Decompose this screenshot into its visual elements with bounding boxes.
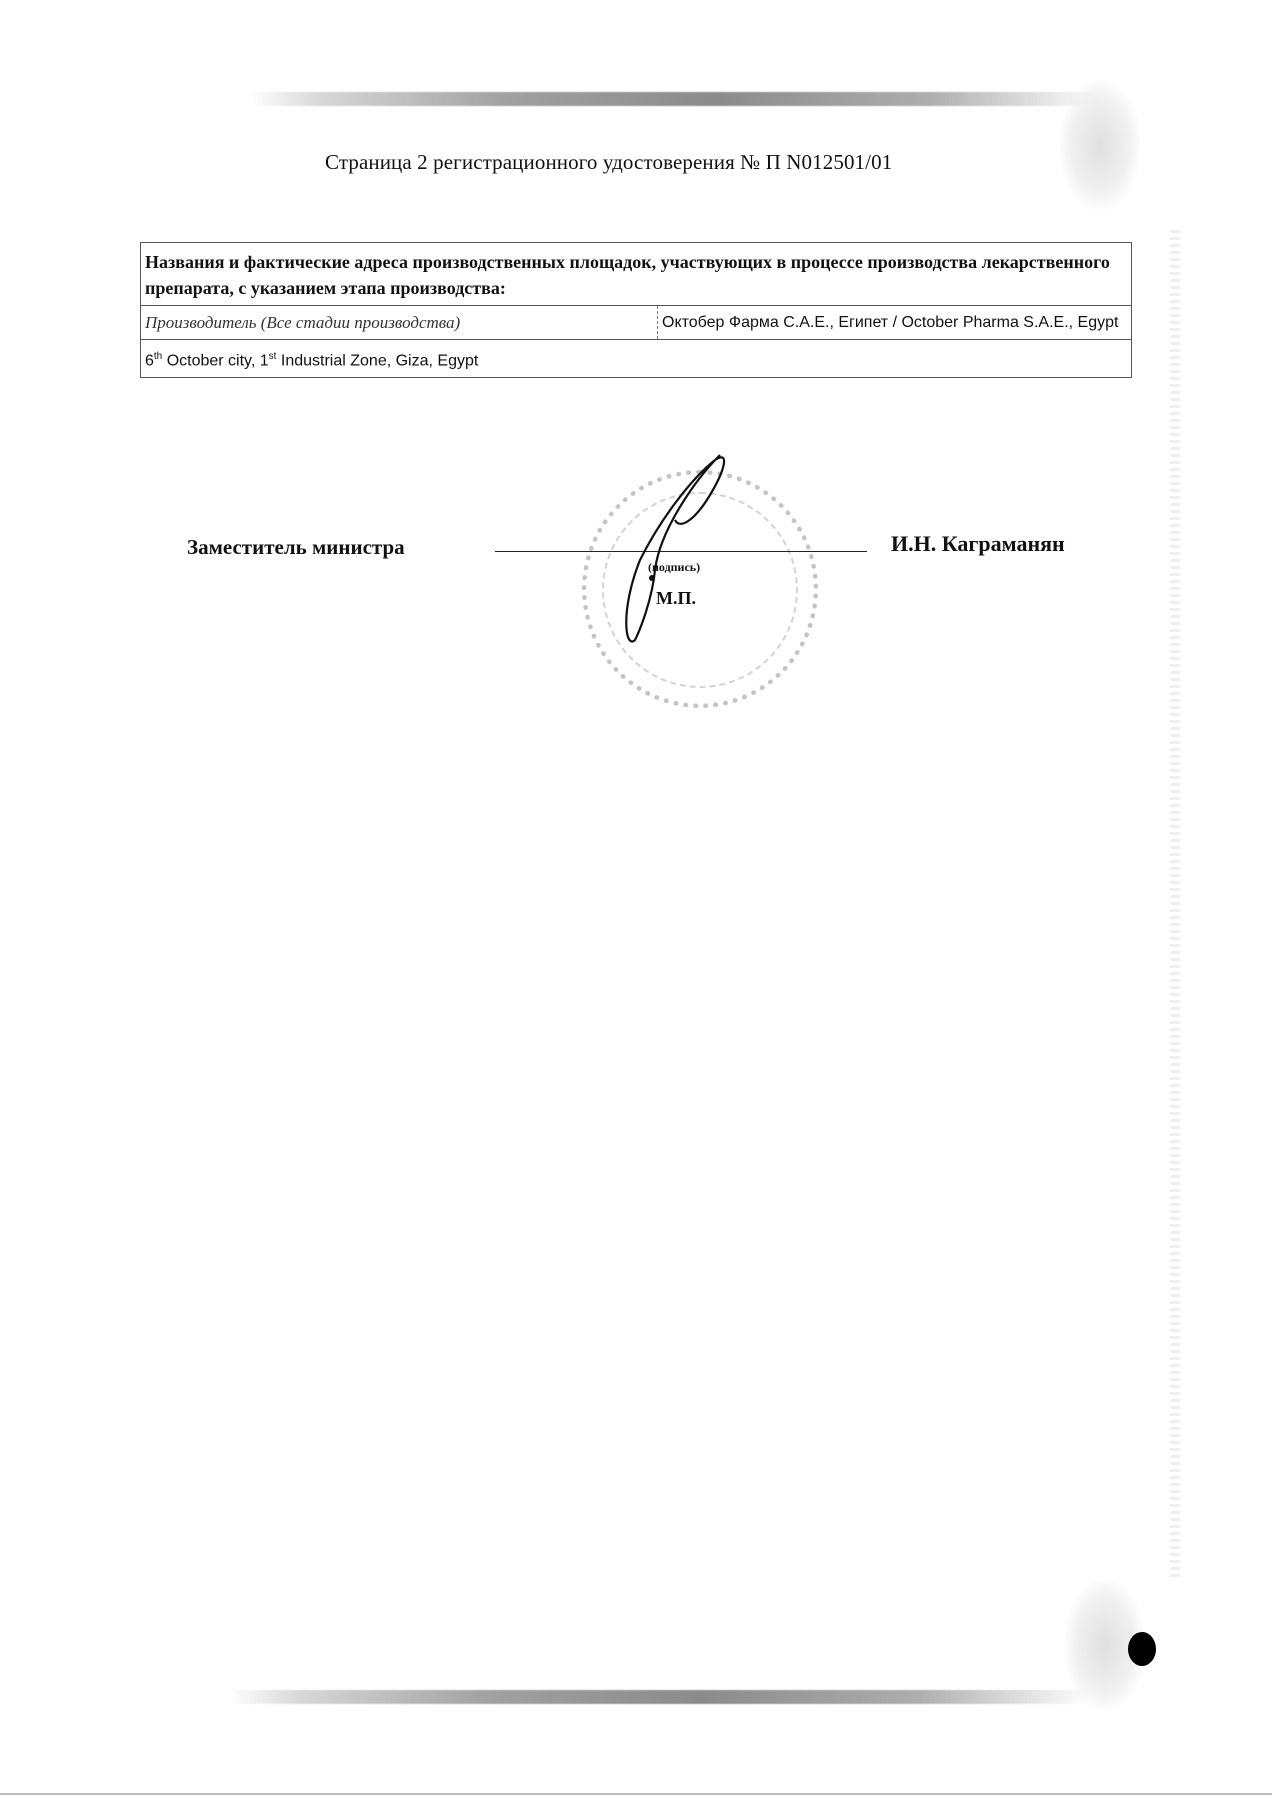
handwritten-signature-icon — [600, 450, 740, 650]
address-part: 6 — [145, 352, 154, 369]
manufacturer-role: Производитель (Все стадии производства) — [141, 306, 658, 339]
address-sup: th — [154, 351, 162, 362]
stamp-place-label: М.П. — [656, 588, 696, 609]
table-header: Названия и фактические адреса производст… — [141, 243, 1131, 305]
signatory-name: И.Н. Каграманян — [891, 531, 1065, 557]
production-sites-table: Названия и фактические адреса производст… — [140, 242, 1132, 378]
scan-bottom-edge — [0, 1793, 1272, 1795]
scan-bottom-band — [230, 1690, 1090, 1704]
signature-caption: (подпись) — [648, 560, 700, 575]
address-part: October city, 1 — [162, 352, 268, 369]
address-row: 6th October city, 1st Industrial Zone, G… — [141, 339, 1131, 377]
manufacturer-address: 6th October city, 1st Industrial Zone, G… — [141, 340, 482, 377]
scan-right-edge — [1170, 230, 1180, 1580]
black-dot-mark — [1128, 1632, 1156, 1666]
table-row: Производитель (Все стадии производства) … — [141, 305, 1131, 339]
page-title: Страница 2 регистрационного удостоверени… — [325, 150, 892, 175]
manufacturer-company: Октобер Фарма С.А.Е., Египет / October P… — [658, 306, 1131, 339]
scan-top-band — [250, 92, 1100, 106]
signatory-title: Заместитель министра — [187, 535, 405, 560]
top-ornament-icon — [1060, 80, 1140, 210]
table-header-row: Названия и фактические адреса производст… — [141, 243, 1131, 305]
address-part: Industrial Zone, Giza, Egypt — [276, 352, 478, 369]
